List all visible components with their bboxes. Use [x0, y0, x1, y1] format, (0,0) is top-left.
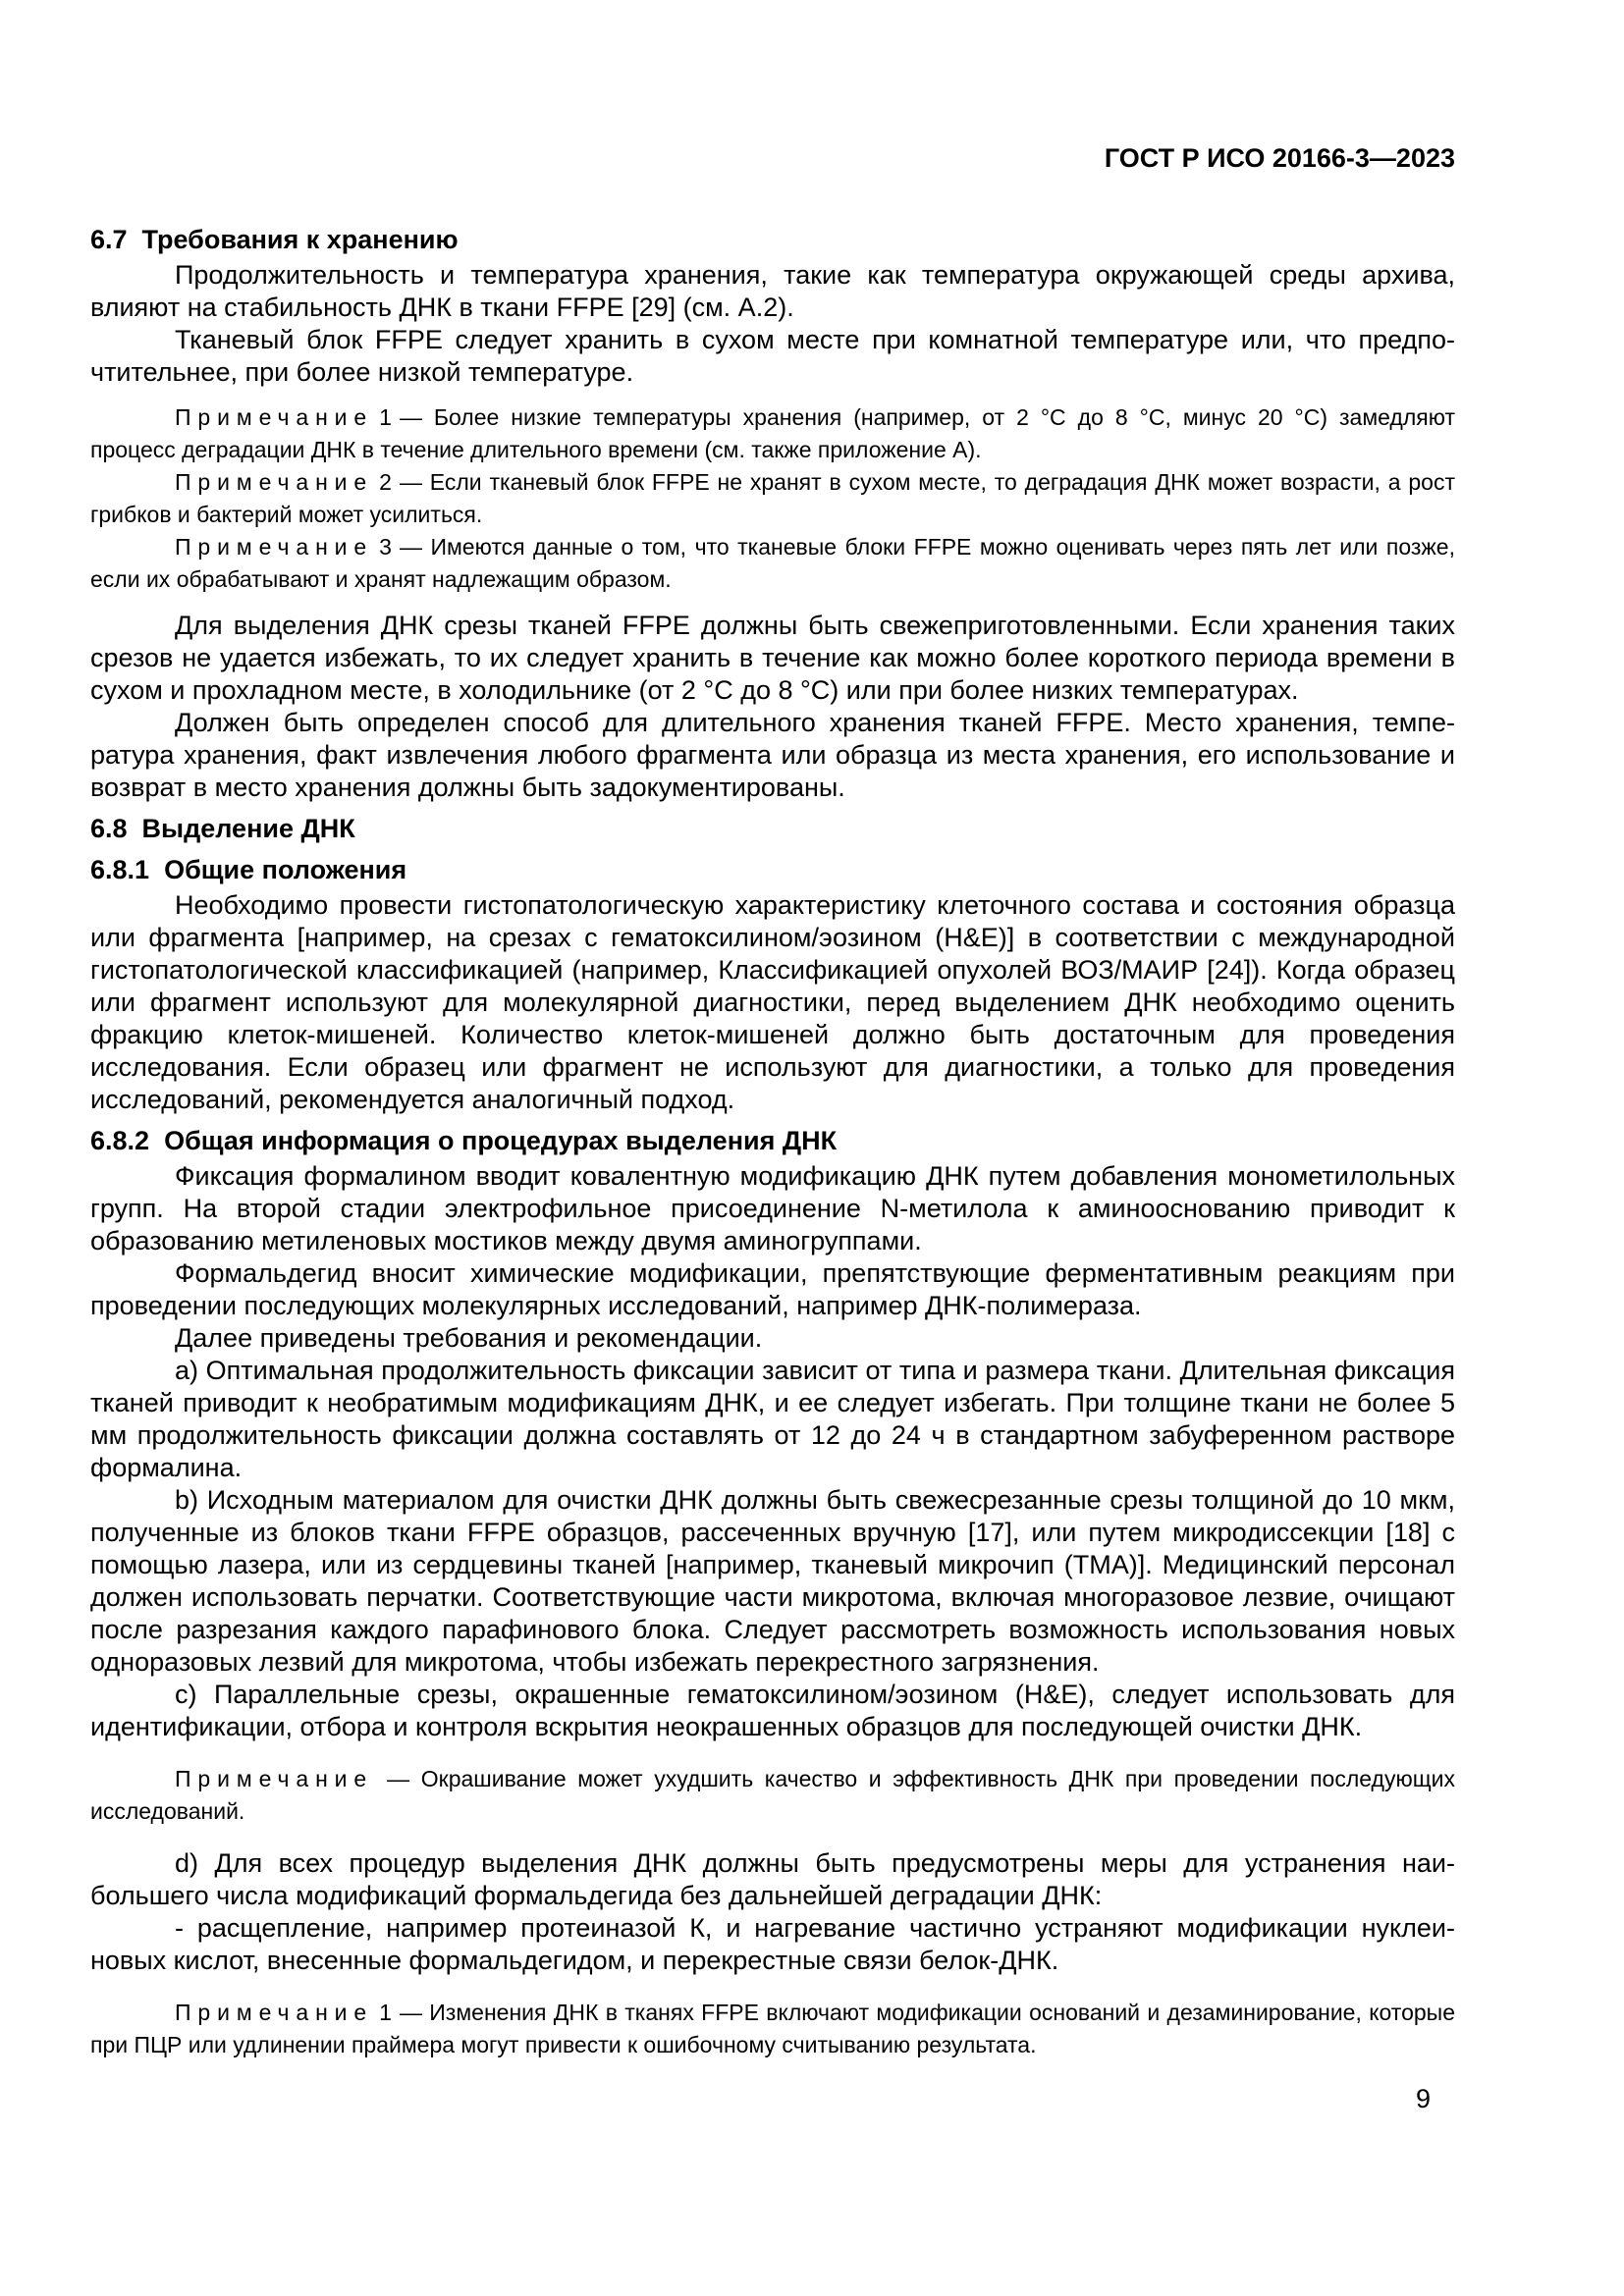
paragraph-storage-3: Для выделения ДНК срезы тканей FFPE долж…	[90, 610, 1455, 707]
paragraph-info-2: Формальдегид вносит химические модификац…	[90, 1257, 1455, 1322]
note-label: Примечание	[175, 404, 373, 430]
list-item-dash: - расщепление, например протеиназой К, и…	[90, 1912, 1455, 1977]
paragraph-info-1: Фиксация формалином вводит ковалентную м…	[90, 1160, 1455, 1257]
note-label: Примечание	[175, 469, 373, 495]
note-staining: Примечание— Окрашивание может ухудшить к…	[90, 1763, 1455, 1828]
list-item-b: b) Исходным материалом для очистки ДНК д…	[90, 1484, 1455, 1679]
note-number: 1	[379, 2000, 392, 2025]
list-item-a: a) Оптимальная продолжительность фиксаци…	[90, 1355, 1455, 1484]
paragraph-storage-1: Продолжительность и температура хранения…	[90, 259, 1455, 324]
list-item-d: d) Для всех процедур выделения ДНК должн…	[90, 1847, 1455, 1912]
doc-header: ГОСТ Р ИСО 20166-3—2023	[90, 0, 1455, 173]
note-dna-changes: Примечание1— Изменения ДНК в тканях FFPE…	[90, 1997, 1455, 2061]
notes-storage: Примечание1— Более низкие температуры хр…	[90, 401, 1455, 596]
note-number: 3	[379, 534, 392, 560]
note-label: Примечание	[175, 534, 373, 560]
list-item-c: c) Параллельные срезы, окрашенные гемато…	[90, 1679, 1455, 1743]
note-2: Примечание2— Если тканевый блок FFPE не …	[90, 466, 1455, 531]
heading-6-8: 6.8Выделение ДНК	[90, 813, 1455, 845]
heading-6-8-1: 6.8.1Общие положения	[90, 854, 1455, 886]
heading-title: Общая информация о процедурах выделения …	[164, 1126, 837, 1155]
paragraph-storage-2: Тканевый блок FFPE следует хранить в сух…	[90, 324, 1455, 389]
heading-title: Общие положения	[164, 855, 406, 884]
doc-code: ГОСТ Р ИСО 20166-3—2023	[1105, 143, 1455, 173]
note-label: Примечание	[175, 2000, 373, 2025]
heading-6-7: 6.7Требования к хранению	[90, 224, 1455, 256]
page-footer: 9	[90, 2083, 1455, 2115]
note-3: Примечание3— Имеются данные о том, что т…	[90, 531, 1455, 596]
paragraph-storage-4: Должен быть определен способ для длитель…	[90, 707, 1455, 804]
note-label: Примечание	[175, 1766, 373, 1791]
page-number: 9	[1416, 2084, 1431, 2113]
heading-number: 6.8	[90, 814, 128, 843]
note-number: 2	[379, 469, 392, 495]
note-1: Примечание1— Более низкие температуры хр…	[90, 401, 1455, 466]
paragraph-info-3: Далее приведены требования и рекомендаци…	[90, 1322, 1455, 1355]
paragraph-general-1: Необходимо провести гистопатологическую …	[90, 889, 1455, 1116]
gost-document-page: ГОСТ Р ИСО 20166-3—2023 6.7Требования к …	[0, 0, 1624, 2296]
heading-number: 6.7	[90, 225, 128, 254]
note-number: 1	[379, 404, 392, 430]
heading-number: 6.8.2	[90, 1126, 149, 1155]
heading-number: 6.8.1	[90, 855, 149, 884]
page-content: 6.7Требования к хранению Продолжительнос…	[90, 224, 1455, 2061]
heading-title: Выделение ДНК	[142, 814, 355, 843]
heading-6-8-2: 6.8.2Общая информация о процедурах выдел…	[90, 1125, 1455, 1157]
heading-title: Требования к хранению	[142, 225, 459, 254]
